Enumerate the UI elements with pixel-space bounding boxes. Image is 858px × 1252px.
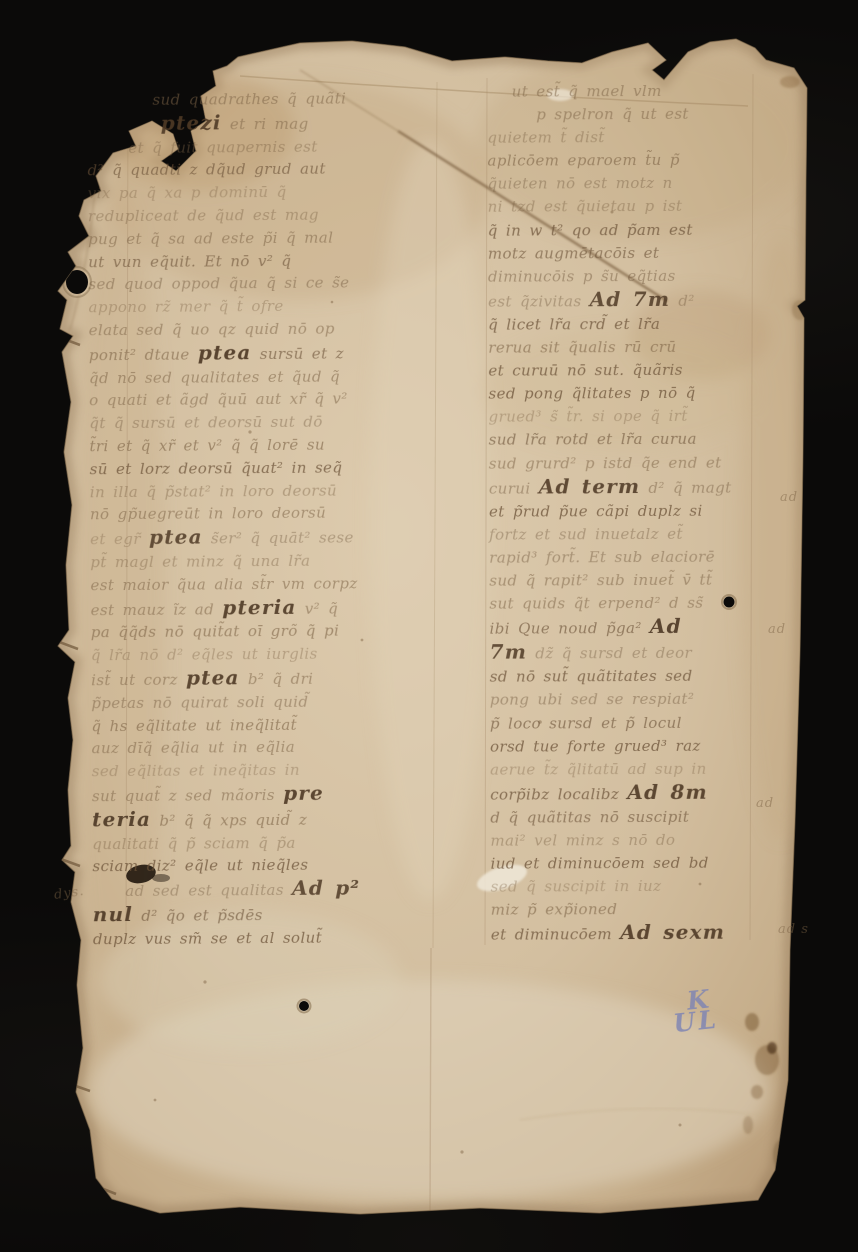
manuscript-text: d² q̃o et p̃sdēs bbox=[133, 906, 263, 925]
manuscript-line: q̃uieten nō est motz n bbox=[488, 172, 798, 196]
manuscript-line: est maior q̃ua alia st̃r vm corpz bbox=[90, 571, 452, 596]
manuscript-text: et ri mag bbox=[222, 115, 309, 134]
manuscript-line: ad sed est qualitas Ad p² bbox=[93, 876, 455, 903]
rubricated-word: nul bbox=[93, 902, 133, 926]
manuscript-line: sed pong q̃litates p nō q̃ bbox=[488, 382, 798, 406]
manuscript-line: in illa q̃ p̃stat² in loro deorsū bbox=[90, 478, 452, 503]
manuscript-line: p̃ loco sursd et p̃ locul bbox=[490, 711, 800, 735]
manuscript-line: et curuū nō sut. q̃uãris bbox=[488, 358, 798, 382]
manuscript-text: q̃ in w t² qo ad p̃am est bbox=[488, 220, 693, 239]
manuscript-line: p̃petas nō quirat soli quid̃ bbox=[91, 689, 453, 714]
manuscript-text: d² bbox=[670, 292, 695, 310]
manuscript-line: duplz vus sm̃ se et al solut̃ bbox=[93, 925, 455, 950]
library-stamp: K UL bbox=[658, 984, 732, 1037]
margin-note-right-2: ad bbox=[768, 622, 786, 637]
manuscript-text: sū et lorz deorsū q̃uat² in seq̃ bbox=[90, 458, 343, 478]
manuscript-text: rapid³ fort̃. Et sub elaciorē bbox=[489, 548, 715, 567]
manuscript-line: nul d² q̃o et p̃sdēs bbox=[93, 901, 455, 928]
manuscript-text: ni tzd est q̃uietau p ist bbox=[488, 197, 683, 216]
rubricated-word: pteria bbox=[222, 594, 296, 619]
margin-note-right-3: ad bbox=[756, 796, 774, 811]
manuscript-text: duplz vus sm̃ se et al solut̃ bbox=[93, 928, 322, 948]
manuscript-text: sut quat̃ z sed mãoris bbox=[92, 786, 283, 805]
manuscript-line: et egr̃ ptea s̃er² q̃ quāt² sese bbox=[90, 524, 452, 551]
rubricated-word: Ad p² bbox=[292, 875, 360, 899]
rubricated-word: Ad 7m bbox=[590, 287, 671, 311]
manuscript-text: q̃d nō sed qualitates et q̃ud q̃ bbox=[89, 367, 340, 387]
manuscript-line: q̃ in w t² qo ad p̃am est bbox=[488, 218, 798, 242]
manuscript-line: q̃d nō sed qualitates et q̃ud q̃ bbox=[89, 364, 451, 389]
manuscript-line: fortz et sud inuetalz et̃ bbox=[489, 522, 799, 546]
manuscript-line: q̃t q̃ sursū et deorsū sut dō bbox=[89, 410, 451, 435]
manuscript-text: sd nō sut̃ quãtitates sed bbox=[490, 667, 693, 686]
manuscript-text: q̃ hs eq̃litate ut ineq̃litat̃ bbox=[91, 715, 297, 734]
manuscript-line: ut vun eq̃uit. Et nō v² q̃ bbox=[88, 248, 450, 273]
manuscript-text: d q̃ quãtitas nō suscipit bbox=[490, 808, 689, 827]
rubricated-word: ptea bbox=[149, 525, 203, 549]
manuscript-line: sed eq̃litas et ineq̃itas in bbox=[92, 758, 454, 783]
manuscript-line: vix pa q̃ xa p dominū q̃ bbox=[88, 180, 450, 205]
manuscript-text: o quati et ãgd q̃uū aut xr̃ q̃ v² bbox=[89, 390, 348, 410]
manuscript-text: quietem t̃ dist̃ bbox=[487, 128, 604, 147]
manuscript-text: et diminucōem bbox=[491, 925, 620, 944]
manuscript-line: rapid³ fort̃. Et sub elaciorē bbox=[489, 545, 799, 569]
manuscript-line: et diminucōem Ad sexm bbox=[491, 921, 801, 947]
manuscript-line: q̃ hs eq̃litate ut ineq̃litat̃ bbox=[91, 712, 453, 737]
manuscript-text: appono rz̃ mer q̃ t̃ ofre bbox=[88, 297, 283, 316]
manuscript-text: d² q̃ magt bbox=[640, 478, 731, 496]
manuscript-line: sud q̃ rapit² sub inuet̃ v̄ tt̃ bbox=[489, 568, 799, 592]
manuscript-line: ptezi et ri mag bbox=[87, 110, 449, 137]
manuscript-line: q̃ lr̃a nō d² eq̃les ut iurglis bbox=[91, 642, 453, 667]
manuscript-text: p̃petas nō quirat soli quid̃ bbox=[91, 692, 308, 712]
manuscript-text bbox=[87, 116, 161, 135]
manuscript-text: iud et diminucōem sed bd bbox=[490, 854, 708, 873]
margin-note-right-4: ad s bbox=[778, 922, 809, 937]
manuscript-text: mai² vel minz s nō do bbox=[490, 831, 675, 850]
manuscript-line: est mauz ĩz ad pteria v² q̃ bbox=[91, 594, 453, 621]
manuscript-text: et egr̃ bbox=[90, 530, 149, 548]
manuscript-line: ist̃ ut corz ptea b² q̃ dri bbox=[91, 665, 453, 692]
manuscript-line: ni tzd est q̃uietau p ist bbox=[488, 195, 798, 219]
edge-hole bbox=[66, 270, 88, 294]
manuscript-line: diminucōis p s̃u eq̃tias bbox=[488, 264, 798, 288]
manuscript-line: quietem t̃ dist̃ bbox=[487, 126, 797, 150]
manuscript-text: pong ubi sed se respiat² bbox=[490, 690, 695, 709]
manuscript-line: et q̃ fuit quapernis est bbox=[87, 134, 449, 159]
manuscript-text: fortz et sud inuetalz et̃ bbox=[489, 525, 683, 544]
manuscript-text: b² q̃ q̃ xps quid̃ z bbox=[151, 810, 307, 829]
manuscript-line: q̃ licet lr̃a crd̃ et lr̃a bbox=[488, 312, 798, 336]
manuscript-text: ut est̃ q̃ mael vlm bbox=[487, 82, 662, 101]
manuscript-text: est q̃zivitas bbox=[488, 292, 590, 310]
manuscript-line: ponit² dtaue ptea sursū et z bbox=[89, 340, 451, 367]
manuscript-line: sud lr̃a rotd et lr̃a curua bbox=[489, 428, 799, 452]
manuscript-line: motz augmētacōis et bbox=[488, 241, 798, 265]
manuscript-line: corp̃ibz localibz Ad 8m bbox=[490, 780, 800, 806]
manuscript-text: miz p̃ exp̃ioned bbox=[491, 900, 618, 919]
manuscript-text: sursū et z bbox=[251, 344, 344, 363]
manuscript-text: pt̃ magl et minz q̃ una lr̃a bbox=[90, 552, 310, 572]
manuscript-text: sut quids q̃t erpend² d ss̃ bbox=[489, 594, 703, 613]
manuscript-text: auz dīq̃ eq̃lia ut in eq̃lia bbox=[92, 738, 296, 757]
manuscript-text: ibi Que noud p̃ga² bbox=[489, 619, 649, 638]
manuscript-line: sciam diz² eq̃le ut nieq̃les bbox=[92, 853, 454, 878]
rubricated-word: ptea bbox=[186, 665, 240, 689]
manuscript-text: ad sed est qualitas bbox=[93, 881, 293, 900]
manuscript-text: pa q̃q̃ds nō quit̃at oī grõ q̃ pi bbox=[91, 622, 340, 642]
manuscript-line: aerue t̃z q̃litatū ad sup in bbox=[490, 757, 800, 781]
manuscript-text: aplicōem eparoem t̃u p̃ bbox=[487, 151, 679, 170]
manuscript-text: sud lr̃a rotd et lr̃a curua bbox=[489, 430, 697, 449]
rubricated-word: Ad sexm bbox=[620, 920, 725, 944]
manuscript-text: q̃ licet lr̃a crd̃ et lr̃a bbox=[488, 315, 660, 334]
manuscript-line: sud quadrathes q̃ quãti bbox=[87, 87, 449, 112]
manuscript-text: qualitati q̃ p̃ sciam q̃ p̃a bbox=[92, 833, 296, 852]
manuscript-text: corp̃ibz localibz bbox=[490, 785, 627, 804]
manuscript-line: p spelron q̃ ut est bbox=[487, 102, 797, 126]
manuscript-line: pug et q̃ sa ad este p̃i q̃ mal bbox=[88, 226, 450, 251]
manuscript-photo: sud quadrathes q̃ quãti ptezi et ri mag… bbox=[0, 0, 858, 1252]
manuscript-line: appono rz̃ mer q̃ t̃ ofre bbox=[88, 294, 450, 319]
manuscript-line: iud et diminucōem sed bd bbox=[490, 851, 800, 875]
manuscript-line: sed quod oppod q̃ua q̃ si ce s̃e bbox=[88, 271, 450, 296]
manuscript-line: pong ubi sed se respiat² bbox=[490, 688, 800, 712]
manuscript-line: ibi Que noud p̃ga² Ad bbox=[489, 614, 799, 640]
manuscript-line: sut quat̃ z sed mãoris pre bbox=[92, 781, 454, 808]
manuscript-text: dz̃ q̃ sursd et deor bbox=[527, 644, 692, 663]
manuscript-text: ut vun eq̃uit. Et nō v² q̃ bbox=[88, 251, 291, 270]
manuscript-line: ut est̃ q̃ mael vlm bbox=[487, 79, 797, 103]
manuscript-line: et p̃rud p̃ue cãpi duplz si bbox=[489, 499, 799, 523]
manuscript-text: ponit² dtaue bbox=[89, 345, 198, 364]
manuscript-text: sed pong q̃litates p nō q̃ bbox=[488, 384, 695, 403]
manuscript-line: 7m dz̃ q̃ sursd et deor bbox=[490, 640, 800, 666]
rubricated-word: pre bbox=[283, 781, 324, 805]
manuscript-line: qualitati q̃ p̃ sciam q̃ p̃a bbox=[92, 830, 454, 855]
manuscript-text: vix pa q̃ xa p dominū q̃ bbox=[88, 183, 287, 202]
manuscript-left-column: sud quadrathes q̃ quãti ptezi et ri mag… bbox=[87, 87, 455, 951]
rubricated-word: teria bbox=[92, 807, 151, 831]
rubricated-word: ptea bbox=[198, 340, 252, 364]
manuscript-text: aerue t̃z q̃litatū ad sup in bbox=[490, 759, 707, 778]
manuscript-text: p̃ loco sursd et p̃ locul bbox=[490, 713, 682, 732]
manuscript-line: redupliceat de q̃ud est mag bbox=[88, 203, 450, 228]
rubricated-word: Ad bbox=[650, 614, 682, 638]
manuscript-text: et curuū nō sut. q̃uãris bbox=[488, 361, 683, 380]
manuscript-text: q̃ lr̃a nō d² eq̃les ut iurglis bbox=[91, 645, 318, 665]
manuscript-line: pa q̃q̃ds nō quit̃at oī grõ q̃ pi bbox=[91, 619, 453, 644]
manuscript-text: et q̃ fuit quapernis est bbox=[87, 137, 317, 157]
manuscript-text: orsd tue forte grued³ raz bbox=[490, 736, 701, 755]
manuscript-line: orsd tue forte grued³ raz bbox=[490, 734, 800, 758]
manuscript-line: t̃ri et q̃ xr̃ et v² q̃ q̃ lorē su bbox=[89, 433, 451, 458]
manuscript-text: motz augmētacōis et bbox=[488, 244, 660, 263]
manuscript-line: teria b² q̃ q̃ xps quid̃ z bbox=[92, 805, 454, 832]
manuscript-text: rerua sit q̃ualis rū crū bbox=[488, 338, 676, 357]
manuscript-text: in illa q̃ p̃stat² in loro deorsū bbox=[90, 481, 337, 501]
manuscript-text: elata sed q̃ uo qz quid nō op bbox=[89, 320, 335, 340]
manuscript-text: sciam diz² eq̃le ut nieq̃les bbox=[92, 856, 308, 876]
manuscript-text: t̃ri et q̃ xr̃ et v² q̃ q̃ lorē su bbox=[89, 436, 325, 456]
manuscript-text: est mauz ĩz ad bbox=[91, 600, 223, 619]
manuscript-text: sud quadrathes q̃ quãti bbox=[87, 89, 346, 109]
manuscript-text: diminucōis p s̃u eq̃tias bbox=[488, 267, 676, 286]
manuscript-text: p spelron q̃ ut est bbox=[487, 105, 689, 124]
manuscript-line: auz dīq̃ eq̃lia ut in eq̃lia bbox=[92, 735, 454, 760]
manuscript-line: miz p̃ exp̃ioned bbox=[491, 898, 801, 922]
manuscript-text: ist̃ ut corz bbox=[91, 671, 186, 690]
manuscript-line: sū et lorz deorsū q̃uat² in seq̃ bbox=[90, 455, 452, 480]
manuscript-right-column: ut est̃ q̃ mael vlm p spelron q̃ ut estq… bbox=[487, 79, 801, 947]
manuscript-line: curui Ad term d² q̃ magt bbox=[489, 474, 799, 500]
manuscript-line: sed q̃ suscipit in iuz bbox=[491, 875, 801, 899]
manuscript-text: et p̃rud p̃ue cãpi duplz si bbox=[489, 501, 703, 520]
manuscript-line: sut quids q̃t erpend² d ss̃ bbox=[489, 591, 799, 615]
manuscript-text: redupliceat de q̃ud est mag bbox=[88, 206, 319, 226]
rubricated-word: Ad term bbox=[539, 474, 641, 498]
manuscript-line: d² q̃ quadti z dq̃ud grud aut bbox=[87, 157, 449, 182]
manuscript-text: b² q̃ dri bbox=[240, 670, 314, 689]
margin-note-right-1: ad bbox=[780, 490, 798, 505]
manuscript-line: est q̃zivitas Ad 7m d² bbox=[488, 287, 798, 313]
manuscript-line: o quati et ãgd q̃uū aut xr̃ q̃ v² bbox=[89, 387, 451, 412]
manuscript-line: sud grurd² p istd q̃e end et bbox=[489, 451, 799, 475]
manuscript-line: d q̃ quãtitas nō suscipit bbox=[490, 805, 800, 829]
rubricated-word: ptezi bbox=[161, 110, 222, 134]
manuscript-text: v² q̃ bbox=[296, 599, 338, 617]
manuscript-text: q̃t q̃ sursū et deorsū sut dō bbox=[89, 413, 323, 433]
manuscript-line: aplicōem eparoem t̃u p̃ bbox=[487, 149, 797, 173]
manuscript-text: q̃uieten nō est motz n bbox=[488, 174, 673, 193]
manuscript-line: pt̃ magl et minz q̃ una lr̃a bbox=[90, 549, 452, 574]
rubricated-word: Ad 8m bbox=[627, 780, 708, 804]
manuscript-text: sed quod oppod q̃ua q̃ si ce s̃e bbox=[88, 274, 349, 294]
manuscript-line: sd nō sut̃ quãtitates sed bbox=[490, 665, 800, 689]
manuscript-line: rerua sit q̃ualis rū crū bbox=[488, 335, 798, 359]
manuscript-text: grued³ s̃ t̃r. si ope q̃ irt̃ bbox=[489, 407, 688, 426]
manuscript-line: mai² vel minz s nō do bbox=[490, 828, 800, 852]
manuscript-text: sud q̃ rapit² sub inuet̃ v̄ tt̃ bbox=[489, 571, 712, 590]
manuscript-line: elata sed q̃ uo qz quid nō op bbox=[89, 317, 451, 342]
manuscript-text: sud grurd² p istd q̃e end et bbox=[489, 453, 722, 472]
manuscript-text: s̃er² q̃ quāt² sese bbox=[203, 529, 354, 548]
manuscript-text: sed q̃ suscipit in iuz bbox=[491, 877, 662, 896]
manuscript-text: curui bbox=[489, 479, 539, 497]
manuscript-text: pug et q̃ sa ad este p̃i q̃ mal bbox=[88, 228, 333, 248]
manuscript-text: est maior q̃ua alia st̃r vm corpz bbox=[90, 574, 357, 594]
manuscript-text: nō gp̃uegreūt in loro deorsū bbox=[90, 504, 326, 524]
manuscript-line: grued³ s̃ t̃r. si ope q̃ irt̃ bbox=[489, 405, 799, 429]
manuscript-text: sed eq̃litas et ineq̃itas in bbox=[92, 761, 300, 780]
manuscript-line: nō gp̃uegreūt in loro deorsū bbox=[90, 501, 452, 526]
manuscript-text: d² q̃ quadti z dq̃ud grud aut bbox=[88, 160, 326, 180]
rubricated-word: 7m bbox=[490, 640, 528, 664]
